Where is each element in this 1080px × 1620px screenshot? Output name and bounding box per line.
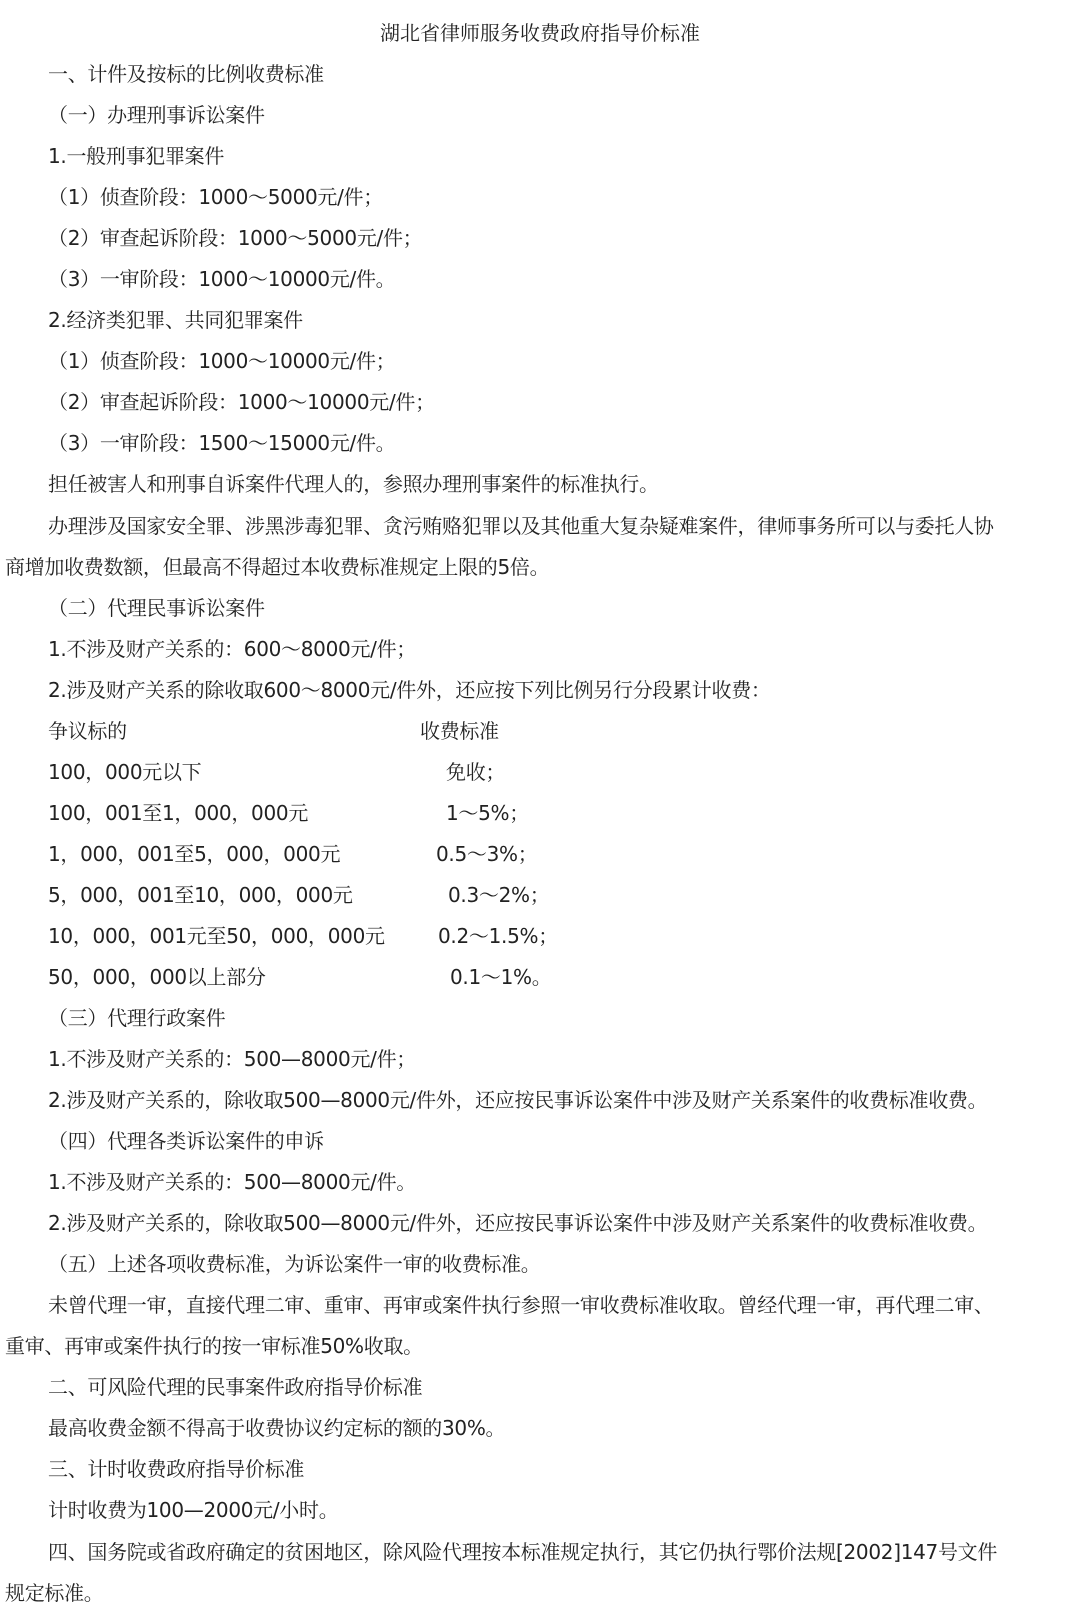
paragraph-line: 2.涉及财产关系的除收取600～8000元/件外，还应按下列比例另行分段累计收费… (48, 670, 771, 711)
fee-table-amount: 5，000，001至10，000，000元 (48, 875, 353, 916)
subsection-heading-administrative: （三）代理行政案件 (48, 998, 225, 1039)
section-heading-3: 三、计时收费政府指导价标准 (48, 1449, 304, 1490)
paragraph-line: （1）侦查阶段：1000～10000元/件； (48, 341, 395, 382)
fee-table-rate: 1～5%； (446, 793, 529, 834)
item-heading: 1.一般刑事犯罪案件 (48, 136, 224, 177)
fee-table-rate: 0.2～1.5%； (438, 916, 558, 957)
paragraph-line: （3）一审阶段：1500～15000元/件。 (48, 423, 395, 464)
page-title: 湖北省律师服务收费政府指导价标准 (0, 13, 1080, 54)
paragraph-line: 未曾代理一审，直接代理二审、重审、再审或案件执行参照一审收费标准收取。曾经代理一… (48, 1285, 994, 1326)
item-heading: 2.经济类犯罪、共同犯罪案件 (48, 300, 303, 341)
paragraph-line: （1）侦查阶段：1000～5000元/件； (48, 177, 383, 218)
paragraph-line: 1.不涉及财产关系的：600～8000元/件； (48, 629, 416, 670)
subsection-heading-appeal: （四）代理各类诉讼案件的申诉 (48, 1121, 324, 1162)
fee-table-amount: 10，000，001元至50，000，000元 (48, 916, 385, 957)
paragraph-line: 2.涉及财产关系的，除收取500—8000元/件外，还应按民事诉讼案件中涉及财产… (48, 1203, 987, 1244)
paragraph-line: 最高收费金额不得高于收费协议约定标的额的30%。 (48, 1408, 505, 1449)
fee-table-header-rate: 收费标准 (420, 711, 499, 752)
fee-table-rate: 0.5～3%； (436, 834, 537, 875)
fee-table-amount: 50，000，000以上部分 (48, 957, 266, 998)
fee-table-rate: 0.3～2%； (448, 875, 549, 916)
fee-table-rate: 0.1～1%。 (450, 957, 551, 998)
paragraph-line: 规定标准。 (5, 1573, 104, 1614)
paragraph-line: 计时收费为100—2000元/小时。 (48, 1490, 338, 1531)
fee-table-amount: 100，000元以下 (48, 752, 201, 793)
section-heading-1: 一、计件及按标的比例收费标准 (48, 54, 324, 95)
paragraph-line: 担任被害人和刑事自诉案件代理人的，参照办理刑事案件的标准执行。 (48, 464, 659, 505)
paragraph-line: 1.不涉及财产关系的：500—8000元/件。 (48, 1162, 416, 1203)
fee-table-amount: 1，000，001至5，000，000元 (48, 834, 340, 875)
subsection-heading-first-instance: （五）上述各项收费标准，为诉讼案件一审的收费标准。 (48, 1244, 541, 1285)
fee-table-header-amount: 争议标的 (48, 711, 127, 752)
paragraph-line: （3）一审阶段：1000～10000元/件。 (48, 259, 395, 300)
paragraph-line: （2）审查起诉阶段：1000～10000元/件； (48, 382, 435, 423)
paragraph-line: 商增加收费数额，但最高不得超过本收费标准规定上限的5倍。 (5, 547, 549, 588)
paragraph-line: 1.不涉及财产关系的：500—8000元/件； (48, 1039, 416, 1080)
subsection-heading-civil: （二）代理民事诉讼案件 (48, 588, 265, 629)
section-heading-4: 四、国务院或省政府确定的贫困地区，除风险代理按本标准规定执行，其它仍执行鄂价法规… (48, 1532, 997, 1573)
fee-table-rate: 免收； (446, 752, 505, 793)
fee-table-amount: 100，001至1，000，000元 (48, 793, 308, 834)
paragraph-line: 重审、再审或案件执行的按一审标准50%收取。 (5, 1326, 423, 1367)
paragraph-line: 办理涉及国家安全罪、涉黑涉毒犯罪、贪污贿赂犯罪以及其他重大复杂疑难案件，律师事务… (48, 506, 994, 547)
section-heading-2: 二、可风险代理的民事案件政府指导价标准 (48, 1367, 422, 1408)
subsection-heading-criminal: （一）办理刑事诉讼案件 (48, 95, 265, 136)
paragraph-line: 2.涉及财产关系的，除收取500—8000元/件外，还应按民事诉讼案件中涉及财产… (48, 1080, 987, 1121)
paragraph-line: （2）审查起诉阶段：1000～5000元/件； (48, 218, 422, 259)
